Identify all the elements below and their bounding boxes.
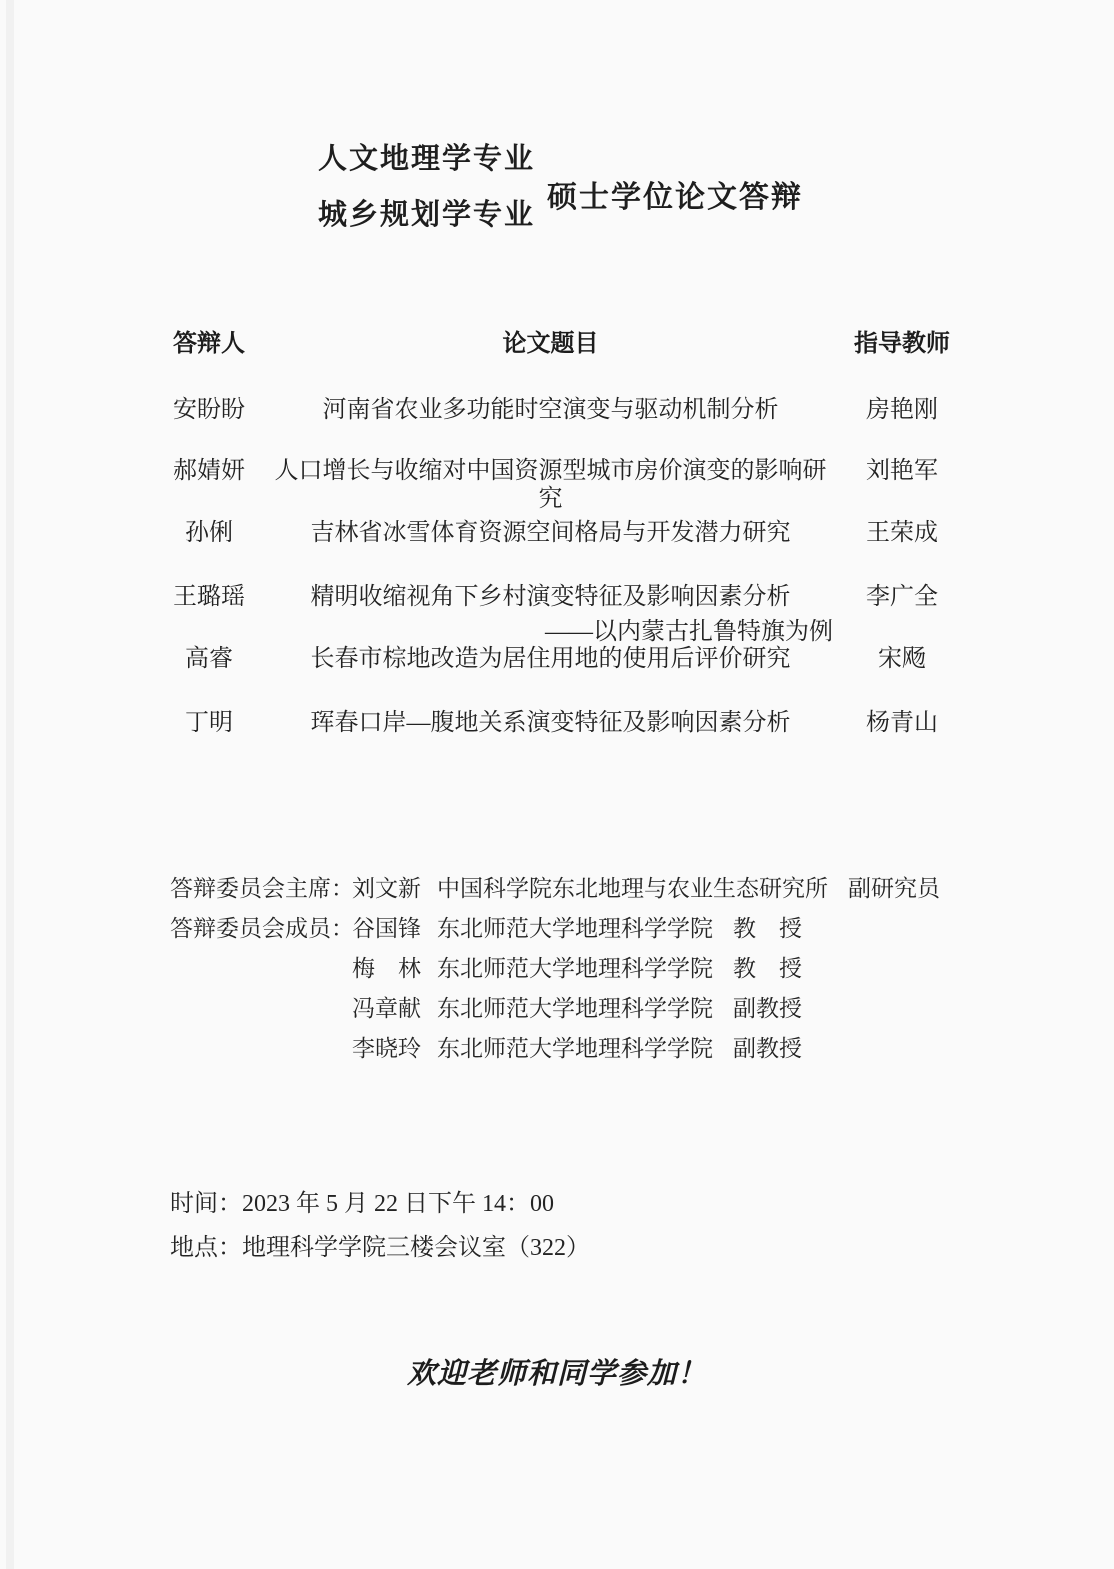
committee-member-title: 教 授	[733, 956, 802, 981]
scan-artifact-stripe	[6, 0, 14, 1569]
column-header-thesis: 论文题目	[268, 331, 833, 359]
schedule-time-line: 时间：2023 年 5 月 22 日下午 14：00	[170, 1192, 554, 1216]
advisor-name: 刘艳军	[843, 458, 961, 486]
committee-chair-affiliation: 中国科学院东北地理与农业生态研究所	[437, 876, 828, 901]
committee-member-name: 李晓玲	[352, 1037, 437, 1060]
thesis-title: 吉林省冰雪体育资源空间格局与开发潜力研究	[268, 520, 833, 548]
advisor-name: 宋飏	[843, 646, 961, 674]
defender-name: 高睿	[155, 646, 263, 674]
committee-chair-name: 刘文新	[352, 877, 437, 900]
thesis-subtitle: ——以内蒙古扎鲁特旗为例	[268, 619, 833, 647]
committee-member-name: 谷国锋	[352, 917, 437, 940]
column-header-defender: 答辩人	[155, 331, 263, 359]
column-header-advisor: 指导教师	[843, 331, 961, 359]
committee-chair-title: 副研究员	[848, 876, 940, 901]
welcome-message: 欢迎老师和同学参加！	[0, 1351, 1114, 1392]
page-title: 硕士学位论文答辩	[547, 183, 803, 213]
committee-member-line: 冯章献东北师范大学地理科学学院副教授	[170, 997, 802, 1020]
defender-name: 丁明	[155, 710, 263, 738]
committee-member-line: 李晓玲东北师范大学地理科学学院副教授	[170, 1037, 802, 1060]
thesis-title-cell: 吉林省冰雪体育资源空间格局与开发潜力研究	[268, 520, 833, 548]
place-label: 地点：	[170, 1235, 242, 1261]
committee-chair-line: 答辩委员会主席：刘文新中国科学院东北地理与农业生态研究所副研究员	[170, 877, 940, 900]
thesis-title: 人口增长与收缩对中国资源型城市房价演变的影响研究	[268, 458, 833, 513]
thesis-title-cell: 人口增长与收缩对中国资源型城市房价演变的影响研究	[268, 458, 833, 513]
advisor-name: 王荣成	[843, 520, 961, 548]
committee-member-affiliation: 东北师范大学地理科学学院	[437, 996, 713, 1021]
defender-name: 郝婧妍	[155, 458, 263, 486]
committee-members-label: 答辩委员会成员：	[170, 917, 352, 940]
place-value: 地理科学学院三楼会议室（322）	[242, 1235, 590, 1261]
advisor-name: 李广全	[843, 584, 961, 612]
committee-member-name: 冯章献	[352, 997, 437, 1020]
committee-member-affiliation: 东北师范大学地理科学学院	[437, 956, 713, 981]
advisor-name: 杨青山	[843, 710, 961, 738]
committee-member-title: 副教授	[733, 1036, 802, 1061]
major-line-2: 城乡规划学专业	[318, 201, 535, 230]
advisor-name: 房艳刚	[843, 397, 961, 425]
committee-member-affiliation: 东北师范大学地理科学学院	[437, 916, 713, 941]
defender-name: 安盼盼	[155, 397, 263, 425]
thesis-title-cell: 长春市棕地改造为居住用地的使用后评价研究	[268, 646, 833, 674]
defense-announcement-page: 人文地理学专业 城乡规划学专业 硕士学位论文答辩 答辩人 论文题目 指导教师 安…	[0, 0, 1114, 1569]
thesis-title: 河南省农业多功能时空演变与驱动机制分析	[268, 397, 833, 425]
defender-name: 王璐瑶	[155, 584, 263, 612]
thesis-title: 珲春口岸—腹地关系演变特征及影响因素分析	[268, 710, 833, 738]
thesis-title: 长春市棕地改造为居住用地的使用后评价研究	[268, 646, 833, 674]
schedule-place-line: 地点：地理科学学院三楼会议室（322）	[170, 1236, 590, 1260]
committee-member-affiliation: 东北师范大学地理科学学院	[437, 1036, 713, 1061]
thesis-title-cell: 精明收缩视角下乡村演变特征及影响因素分析 ——以内蒙古扎鲁特旗为例	[268, 584, 833, 646]
time-value: 2023 年 5 月 22 日下午 14：00	[242, 1191, 554, 1217]
committee-member-title: 副教授	[733, 996, 802, 1021]
committee-member-name: 梅 林	[352, 957, 437, 980]
committee-member-title: 教 授	[733, 916, 802, 941]
committee-chair-label: 答辩委员会主席：	[170, 877, 352, 900]
time-label: 时间：	[170, 1191, 242, 1217]
committee-member-line: 答辩委员会成员：谷国锋东北师范大学地理科学学院教 授	[170, 917, 802, 940]
defender-name: 孙俐	[155, 520, 263, 548]
committee-member-line: 梅 林东北师范大学地理科学学院教 授	[170, 957, 802, 980]
thesis-title-cell: 河南省农业多功能时空演变与驱动机制分析	[268, 397, 833, 425]
thesis-title: 精明收缩视角下乡村演变特征及影响因素分析	[268, 584, 833, 612]
major-line-1: 人文地理学专业	[318, 145, 535, 174]
thesis-title-cell: 珲春口岸—腹地关系演变特征及影响因素分析	[268, 710, 833, 738]
